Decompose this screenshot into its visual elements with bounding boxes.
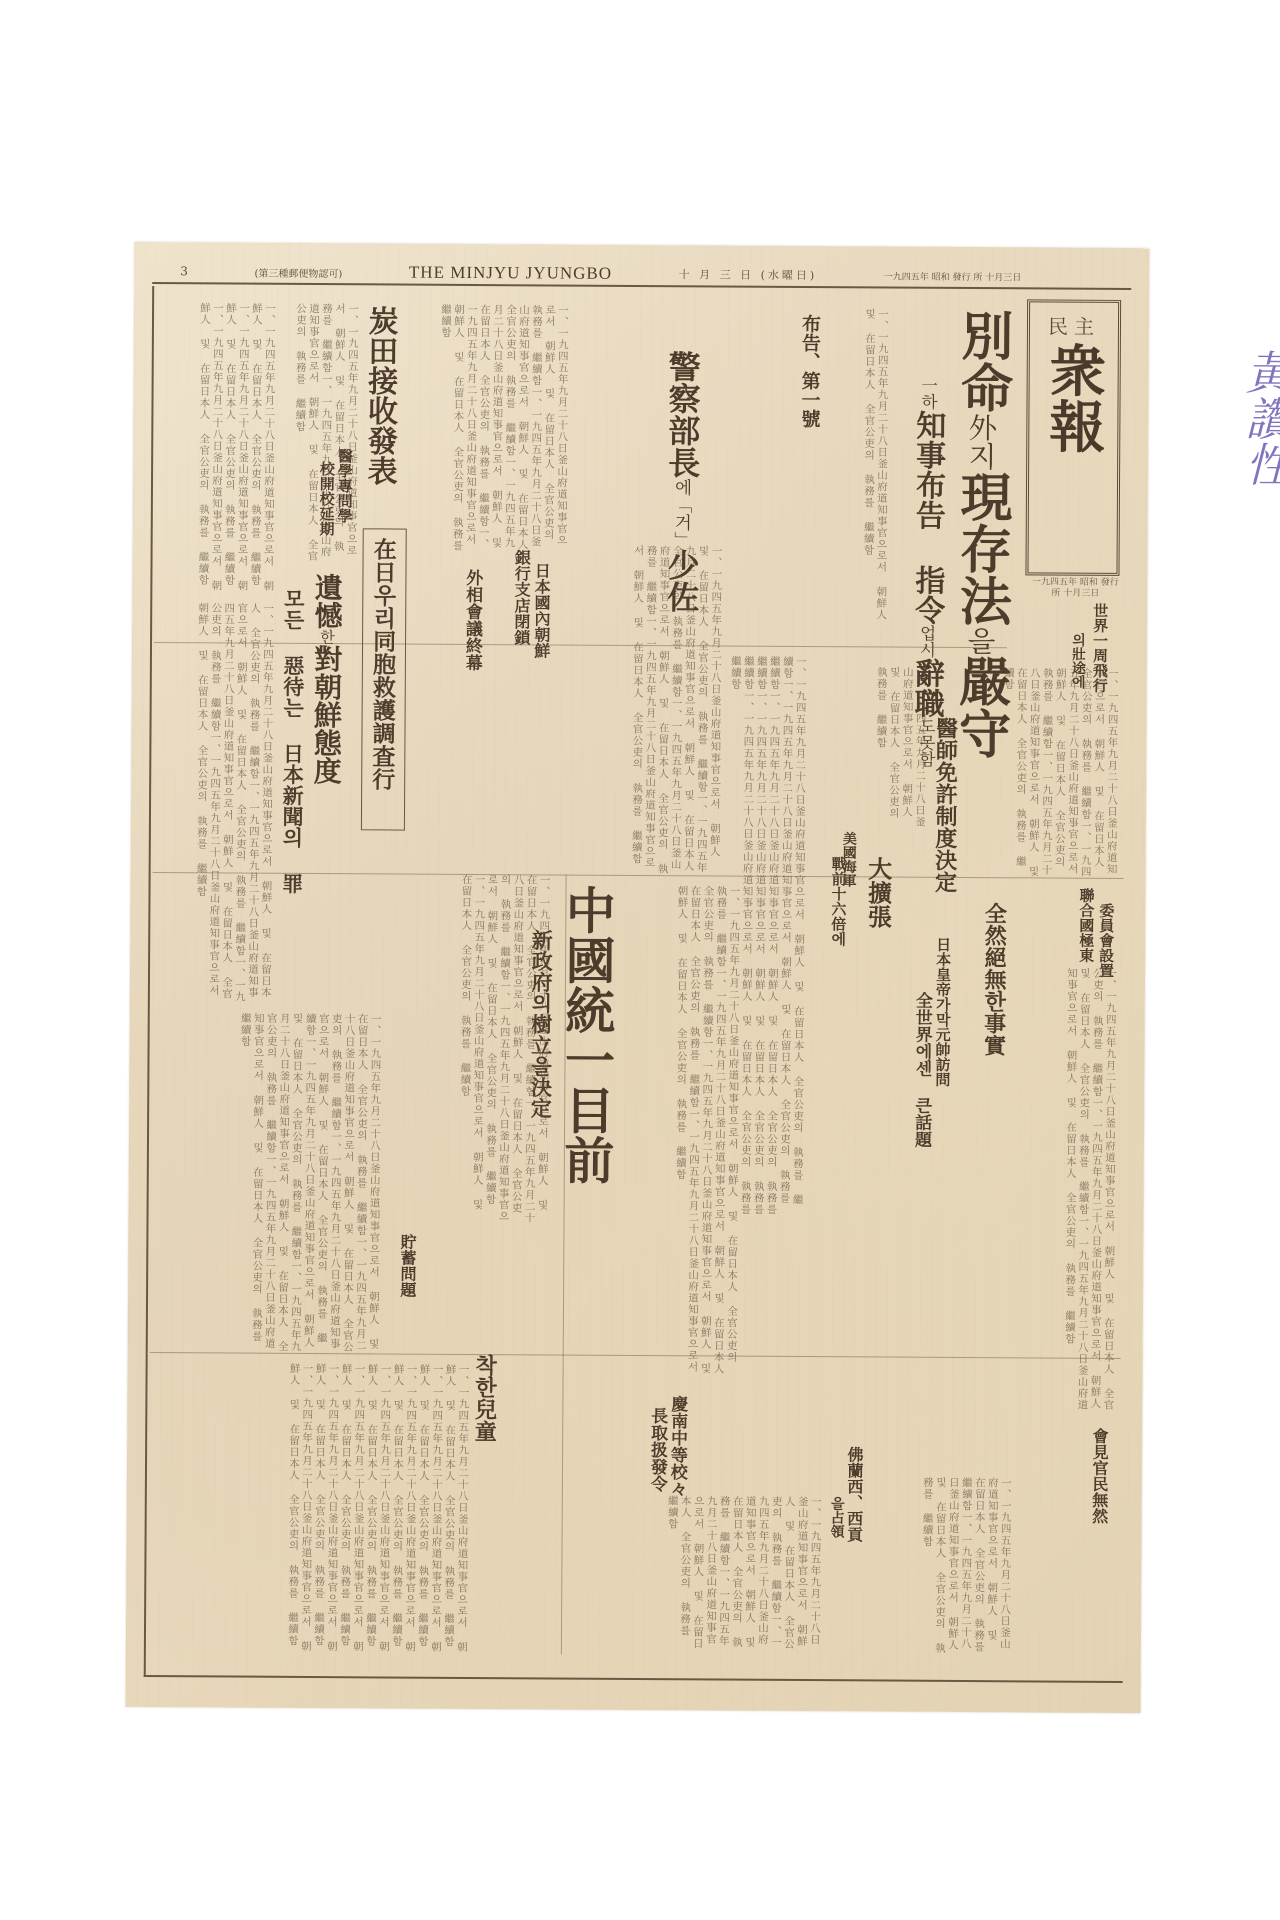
header-strip: 3 (第三種郵便物認可) THE MINJYU JYUNGBO 十 月 三 日 … xyxy=(152,260,1131,290)
registration-line: (第三種郵便物認可) xyxy=(254,264,342,280)
compatriots-box: 在日우리同胞救護調査行 xyxy=(361,528,407,830)
body-text: 一、一九四五年九月二十八日釜山府道知事官으로서 朝鮮人 및 在留日本人 全官公吏… xyxy=(591,1495,822,1656)
china-headline: 中國統一目前 xyxy=(559,885,613,1185)
body-text: 一、一九四五年九月二十八日釜山府道知事官으로서 朝鮮人 및 在留日本人 全官公吏… xyxy=(150,1012,382,1353)
masthead-info: 一九四五年 昭和 發行 所 十月三日 xyxy=(1031,577,1119,600)
savings-headline: 貯蓄問題 xyxy=(398,1234,415,1298)
body-text: 一、一九四五年九月二十八日釜山府道知事官으로서 朝鮮人 및 在留日本人 全官公吏… xyxy=(398,304,570,555)
children-headline: 착한兒童 xyxy=(472,1354,496,1442)
body-text: 一、一九四五年九月二十八日釜山府道知事官으로서 朝鮮人 및 在留日本人 全官公吏… xyxy=(684,655,807,1216)
body-text: 一、一九四五年九月二十八日釜山府道知事官으로서 朝鮮人 및 在留日本人 全官公吏… xyxy=(388,873,550,1224)
compatriots-headline: 在日우리同胞救護調査行 xyxy=(369,537,395,790)
body-text: 一、一九四五年九月二十八日釜山府道知事官으로서 朝鮮人 및 在留日本人 全官公吏… xyxy=(861,1476,1012,1657)
school-subheadline: 長取扱發令 xyxy=(647,1407,665,1492)
emperor-subheadline: 日本皇帝가막元帥訪問 xyxy=(934,937,951,1087)
masthead-title: 衆報 xyxy=(1033,341,1114,453)
body-text: 一、一九四五年九月二十八日釜山府道知事官으로서 朝鮮人 및 在留日本人 全官公吏… xyxy=(1014,967,1117,1418)
body-text: 一、一九四五年九月二十八日釜山府道知事官으로서 朝鮮人 및 在留日本人 全官公吏… xyxy=(154,302,276,593)
page-number: 3 xyxy=(180,264,188,278)
occupation-subheadline: 을占領 xyxy=(829,1496,844,1538)
masthead-small: 民主 xyxy=(1048,310,1100,339)
english-title: THE MINJYU JYUNGBO xyxy=(409,263,612,284)
foreign-headline: 外相會議終幕 xyxy=(462,569,480,671)
proclamation-body: 一、一九四五年九月二十八日釜山府道知事官으로서 朝鮮人 및 在留日本人 全官公吏… xyxy=(817,308,889,638)
newspaper-page: 3 (第三種郵便物認可) THE MINJYU JYUNGBO 十 月 三 日 … xyxy=(126,242,1150,1713)
navy-subheadline: 戰前十六倍에 xyxy=(829,856,845,946)
emperor-headline: 全然絕無한事實 xyxy=(981,902,1005,1056)
navy-headline: 大擴張 xyxy=(865,856,891,928)
publisher-info: 一九四五年 昭和 發行 所 十月三日 xyxy=(884,269,1022,283)
body-text: 一、一九四五年九月二十八日釜山府道知事官으로서 朝鮮人 및 在留日本人 全官公吏… xyxy=(152,602,274,1003)
occupation-headline: 佛蘭西、西貢 xyxy=(845,1446,862,1542)
banks-subheadline: 銀行支店閉鎖 xyxy=(512,549,529,645)
proclamation-headline: 布告、第一號 xyxy=(798,314,819,428)
body-text: 一、一九四五年九月二十八日釜山府道知事官으로서 朝鮮人 및 在留日本人 全官公吏… xyxy=(836,666,927,837)
body-text: 一、一九四五年九月二十八日釜山府道知事官으로서 朝鮮人 및 在留日本人 全官公吏… xyxy=(273,303,360,564)
officials-headline: 會見官民無然 xyxy=(1090,1428,1107,1524)
un-subheadline: 委員會設置 xyxy=(1097,903,1113,978)
body-text: 一、一九四五年九月二十八日釜山府道知事官으로서 朝鮮人 및 在留日本人 全官公吏… xyxy=(148,1362,470,1654)
emperor-kicker: 全世界에센 큰話題 xyxy=(911,992,930,1148)
attitude-headline: 遺憾한對朝鮮態度 xyxy=(311,573,342,785)
handwritten-signature: 黃讚性 xyxy=(1232,349,1280,487)
body-text: 一、一九四五年九月二十八日釜山府道知事官으로서 朝鮮人 및 在留日本人 全官公吏… xyxy=(948,667,1119,878)
date-line: 十 月 三 日 (水曜日) xyxy=(679,266,818,283)
un-headline: 聯合國極東 xyxy=(1077,888,1093,963)
school-headline: 慶南中等校々 xyxy=(667,1395,685,1497)
coal-headline: 炭田接收發表 xyxy=(363,305,396,485)
masthead: 民主 衆報 xyxy=(1025,299,1121,576)
attitude-subheadline: 모든 惡待는 日本新聞의 罪 xyxy=(281,588,305,894)
